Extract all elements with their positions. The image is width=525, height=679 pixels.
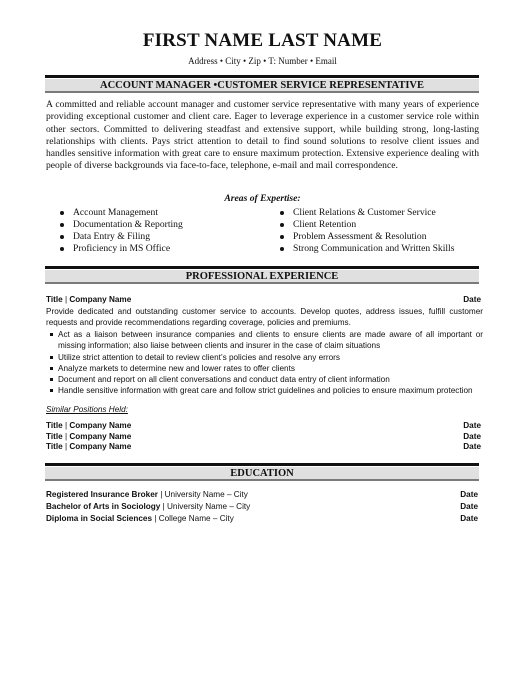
education-heading: EDUCATION (45, 467, 479, 481)
list-item: Analyze markets to determine new and low… (46, 363, 483, 374)
experience-heading: PROFESSIONAL EXPERIENCE (45, 270, 479, 284)
contact-info: Address • City • Zip • T: Number • Email (0, 56, 525, 66)
list-item: Documentation & Reporting (59, 219, 183, 231)
expertise-list-right: Client Relations & Customer Service Clie… (279, 207, 454, 255)
education-row: Registered Insurance Broker | University… (46, 489, 478, 501)
summary-paragraph: A committed and reliable account manager… (46, 99, 479, 173)
divider (45, 266, 479, 269)
similar-position-row: Title | Company Name Date (46, 441, 481, 452)
list-item: Client Relations & Customer Service (279, 207, 454, 219)
job-description: Provide dedicated and outstanding custom… (46, 306, 483, 329)
list-item: Act as a liaison between insurance compa… (46, 329, 483, 352)
candidate-name: FIRST NAME LAST NAME (0, 30, 525, 52)
experience-section-bar: PROFESSIONAL EXPERIENCE (45, 266, 479, 285)
list-item: Proficiency in MS Office (59, 243, 183, 255)
list-item: Utilize strict attention to detail to re… (46, 352, 483, 363)
company-name: Company Name (69, 295, 131, 304)
list-item: Handle sensitive information with great … (46, 385, 483, 396)
headline-title: ACCOUNT MANAGER •CUSTOMER SERVICE REPRES… (45, 79, 479, 93)
headline-bar: ACCOUNT MANAGER •CUSTOMER SERVICE REPRES… (45, 75, 479, 94)
list-item: Data Entry & Filing (59, 231, 183, 243)
list-item: Problem Assessment & Resolution (279, 231, 454, 243)
education-section-bar: EDUCATION (45, 463, 479, 482)
job-header: Title | Company Name Date (46, 294, 481, 305)
list-item: Strong Communication and Written Skills (279, 243, 454, 255)
list-item: Account Management (59, 207, 183, 219)
list-item: Client Retention (279, 219, 454, 231)
job-title: Title (46, 295, 63, 304)
similar-position-row: Title | Company Name Date (46, 420, 481, 431)
job-date: Date (463, 294, 481, 305)
resume-page: FIRST NAME LAST NAME Address • City • Zi… (0, 0, 525, 679)
job-duties: Act as a liaison between insurance compa… (46, 329, 483, 397)
divider (45, 463, 479, 466)
expertise-title: Areas of Expertise: (0, 193, 525, 204)
similar-positions-label: Similar Positions Held: (46, 405, 128, 414)
expertise-list-left: Account Management Documentation & Repor… (59, 207, 183, 255)
list-item: Document and report on all client conver… (46, 374, 483, 385)
divider (45, 75, 479, 78)
education-row: Bachelor of Arts in Sociology | Universi… (46, 501, 478, 513)
education-row: Diploma in Social Sciences | College Nam… (46, 513, 478, 525)
